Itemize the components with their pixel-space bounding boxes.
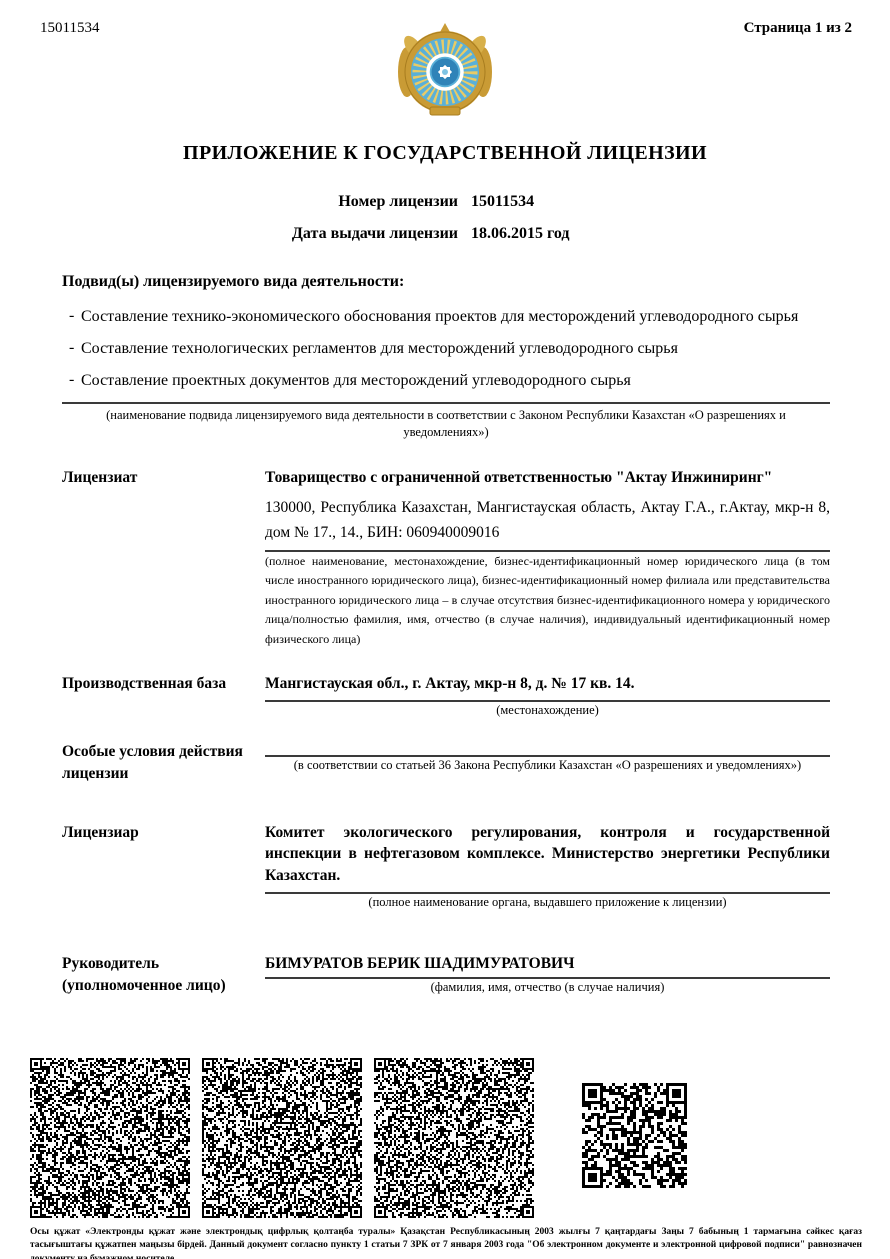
licensee-name: Товарищество с ограниченной ответственно… [265, 467, 830, 489]
production-base-caption: (местонахождение) [265, 702, 830, 719]
document-body: Подвид(ы) лицензируемого вида деятельнос… [0, 273, 890, 997]
list-item: Составление проектных документов для мес… [62, 370, 830, 392]
head-person-row: Руководитель (уполномоченное лицо) БИМУР… [62, 953, 830, 998]
licensee-value: Товарищество с ограниченной ответственно… [265, 467, 830, 649]
licensor-row: Лицензиар Комитет экологического регулир… [62, 822, 830, 911]
licensee-address: 130000, Республика Казахстан, Мангистаус… [265, 495, 830, 545]
datamatrix-barcode-3 [374, 1058, 534, 1218]
datamatrix-barcode-1 [30, 1058, 190, 1218]
barcode-section [30, 1058, 687, 1218]
document-number: 15011534 [40, 20, 99, 37]
licensor-label: Лицензиар [62, 822, 265, 911]
production-base-label: Производственная база [62, 673, 265, 719]
datamatrix-barcode-2 [202, 1058, 362, 1218]
kazakhstan-emblem-graphic [398, 22, 492, 118]
production-base-address: Мангистауская обл., г. Актау, мкр-н 8, д… [265, 673, 830, 695]
license-date-label: Дата выдачи лицензии [62, 225, 458, 243]
qr-code [582, 1083, 687, 1188]
licensee-label: Лицензиат [62, 467, 265, 649]
licensee-caption: (полное наименование, местонахождение, б… [265, 552, 830, 649]
activities-heading: Подвид(ы) лицензируемого вида деятельнос… [62, 273, 830, 291]
divider [62, 402, 830, 404]
page-title: ПРИЛОЖЕНИЕ К ГОСУДАРСТВЕННОЙ ЛИЦЕНЗИИ [0, 142, 890, 165]
kazakhstan-emblem-icon [398, 22, 492, 118]
head-person-name: БИМУРАТОВ БЕРИК ШАДИМУРАТОВИЧ [265, 953, 830, 975]
license-meta: Номер лицензии 15011534 Дата выдачи лице… [62, 193, 890, 243]
list-item: Составление технико-экономического обосн… [62, 306, 830, 328]
activities-caption: (наименование подвида лицензируемого вид… [62, 407, 830, 441]
license-number-label: Номер лицензии [62, 193, 458, 211]
head-person-label: Руководитель (уполномоченное лицо) [62, 953, 265, 998]
activities-list: Составление технико-экономического обосн… [62, 306, 830, 392]
licensee-row: Лицензиат Товарищество с ограниченной от… [62, 467, 830, 649]
list-item: Составление технологических регламентов … [62, 338, 830, 360]
production-base-row: Производственная база Мангистауская обл.… [62, 673, 830, 719]
production-base-value: Мангистауская обл., г. Актау, мкр-н 8, д… [265, 673, 830, 719]
license-appendix-page: 15011534 Страница 1 из 2 [0, 0, 890, 1259]
special-conditions-value: (в соответствии со статьей 36 Закона Рес… [265, 741, 830, 786]
special-conditions-row: Особые условия действия лицензии (в соот… [62, 741, 830, 786]
head-person-value: БИМУРАТОВ БЕРИК ШАДИМУРАТОВИЧ (фамилия, … [265, 953, 830, 998]
head-person-caption: (фамилия, имя, отчество (в случае наличи… [265, 979, 830, 996]
licensor-caption: (полное наименование органа, выдавшего п… [265, 894, 830, 911]
legal-footer: Осы құжат «Электронды құжат және электро… [30, 1226, 862, 1259]
page-header: 15011534 Страница 1 из 2 [0, 0, 890, 118]
licensor-name: Комитет экологического регулирования, ко… [265, 822, 830, 887]
special-conditions-caption: (в соответствии со статьей 36 Закона Рес… [265, 757, 830, 774]
licensor-value: Комитет экологического регулирования, ко… [265, 822, 830, 911]
license-number-value: 15011534 [471, 193, 890, 211]
page-indicator: Страница 1 из 2 [744, 20, 852, 37]
license-date-value: 18.06.2015 год [471, 225, 890, 243]
special-conditions-label: Особые условия действия лицензии [62, 741, 265, 786]
